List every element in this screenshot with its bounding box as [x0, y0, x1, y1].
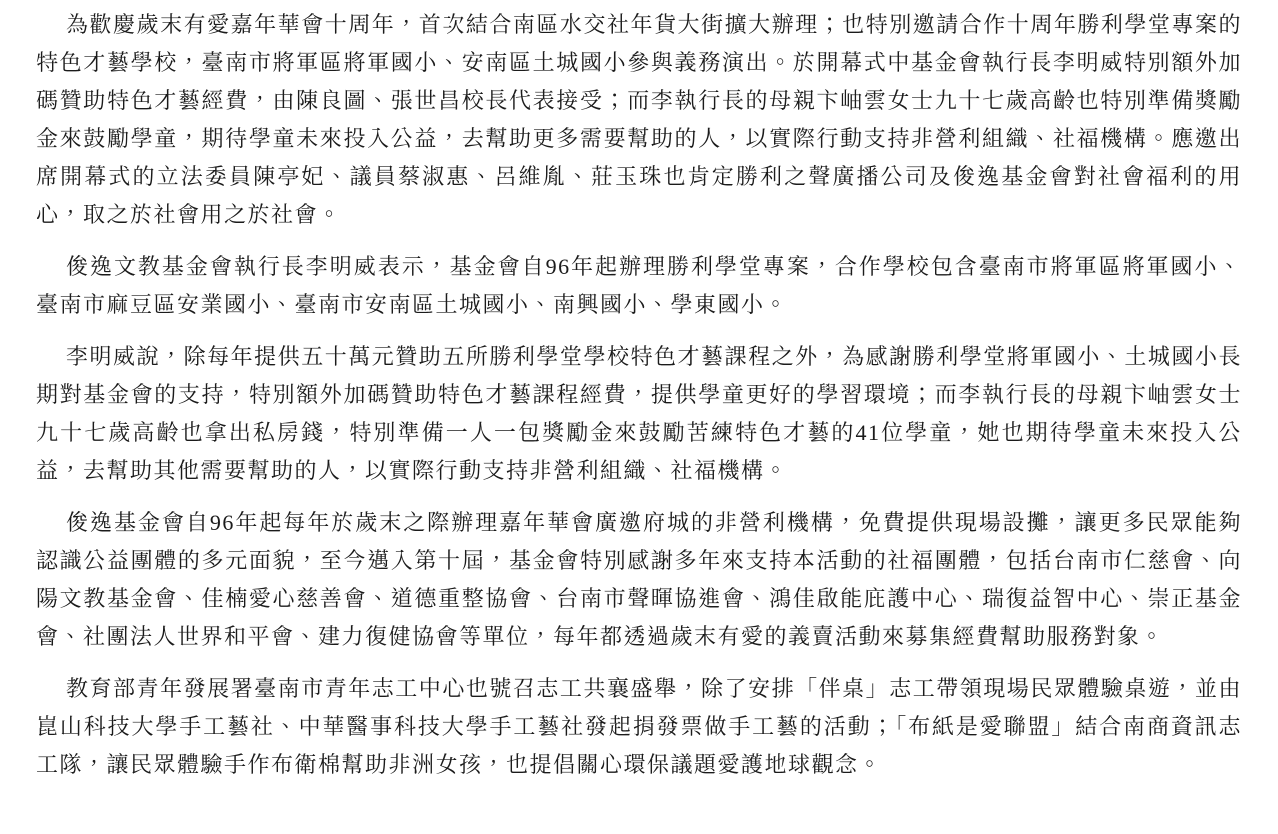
article-paragraph-1: 為歡慶歲末有愛嘉年華會十周年，首次結合南區水交社年貨大街擴大辦理；也特別邀請合作…: [36, 6, 1242, 234]
article-paragraph-4: 俊逸基金會自96年起每年於歲末之際辦理嘉年華會廣邀府城的非營利機構，免費提供現場…: [36, 504, 1242, 656]
article-paragraph-5: 教育部青年發展署臺南市青年志工中心也號召志工共襄盛舉，除了安排「伴桌」志工帶領現…: [36, 670, 1242, 784]
article-page: 為歡慶歲末有愛嘉年華會十周年，首次結合南區水交社年貨大街擴大辦理；也特別邀請合作…: [0, 0, 1278, 834]
article-paragraph-2: 俊逸文教基金會執行長李明威表示，基金會自96年起辦理勝利學堂專案，合作學校包含臺…: [36, 248, 1242, 324]
article-paragraph-3: 李明威說，除每年提供五十萬元贊助五所勝利學堂學校特色才藝課程之外，為感謝勝利學堂…: [36, 338, 1242, 490]
